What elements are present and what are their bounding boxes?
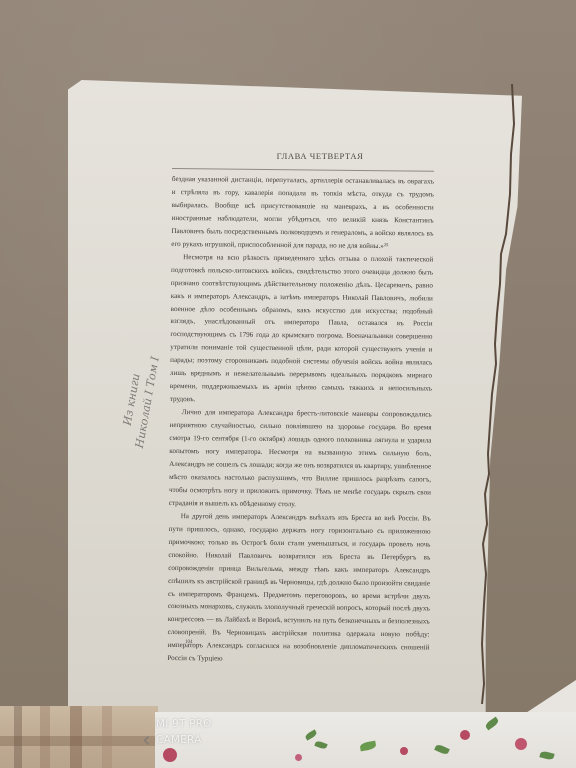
leaf-icon <box>359 741 376 752</box>
running-head: ГЛАВА ЧЕТВЕРТАЯ <box>260 151 380 161</box>
paragraph-2: Несмотря на всю рѣзкость приведеннаго зд… <box>170 251 433 409</box>
page-number: 104 <box>185 640 193 645</box>
paragraph-1: бездная указанной дистанціи, перепуталас… <box>171 173 434 253</box>
leaf-icon <box>539 750 554 760</box>
leaf-icon <box>314 740 327 750</box>
leaf-icon <box>434 743 450 755</box>
camera-watermark: MI 9T PRO CAMERA <box>156 716 212 748</box>
pixelated-region <box>0 706 158 768</box>
watermark-line-1: MI 9T PRO <box>156 716 212 732</box>
page-body: бездная указанной дистанціи, перепуталас… <box>167 173 434 668</box>
paragraph-4: На другой день императоръ Александръ выѣ… <box>167 510 430 668</box>
flower-icon <box>515 738 527 750</box>
flower-icon <box>295 754 302 761</box>
watermark-line-2: CAMERA <box>156 732 212 748</box>
flower-icon <box>400 747 408 755</box>
leaf-icon <box>484 717 499 731</box>
paragraph-3: Лично для императора Александра брестъ-л… <box>169 406 432 512</box>
flower-icon <box>460 730 470 740</box>
floral-cloth <box>155 712 576 768</box>
leaf-icon <box>304 729 317 740</box>
flower-icon <box>163 748 177 762</box>
